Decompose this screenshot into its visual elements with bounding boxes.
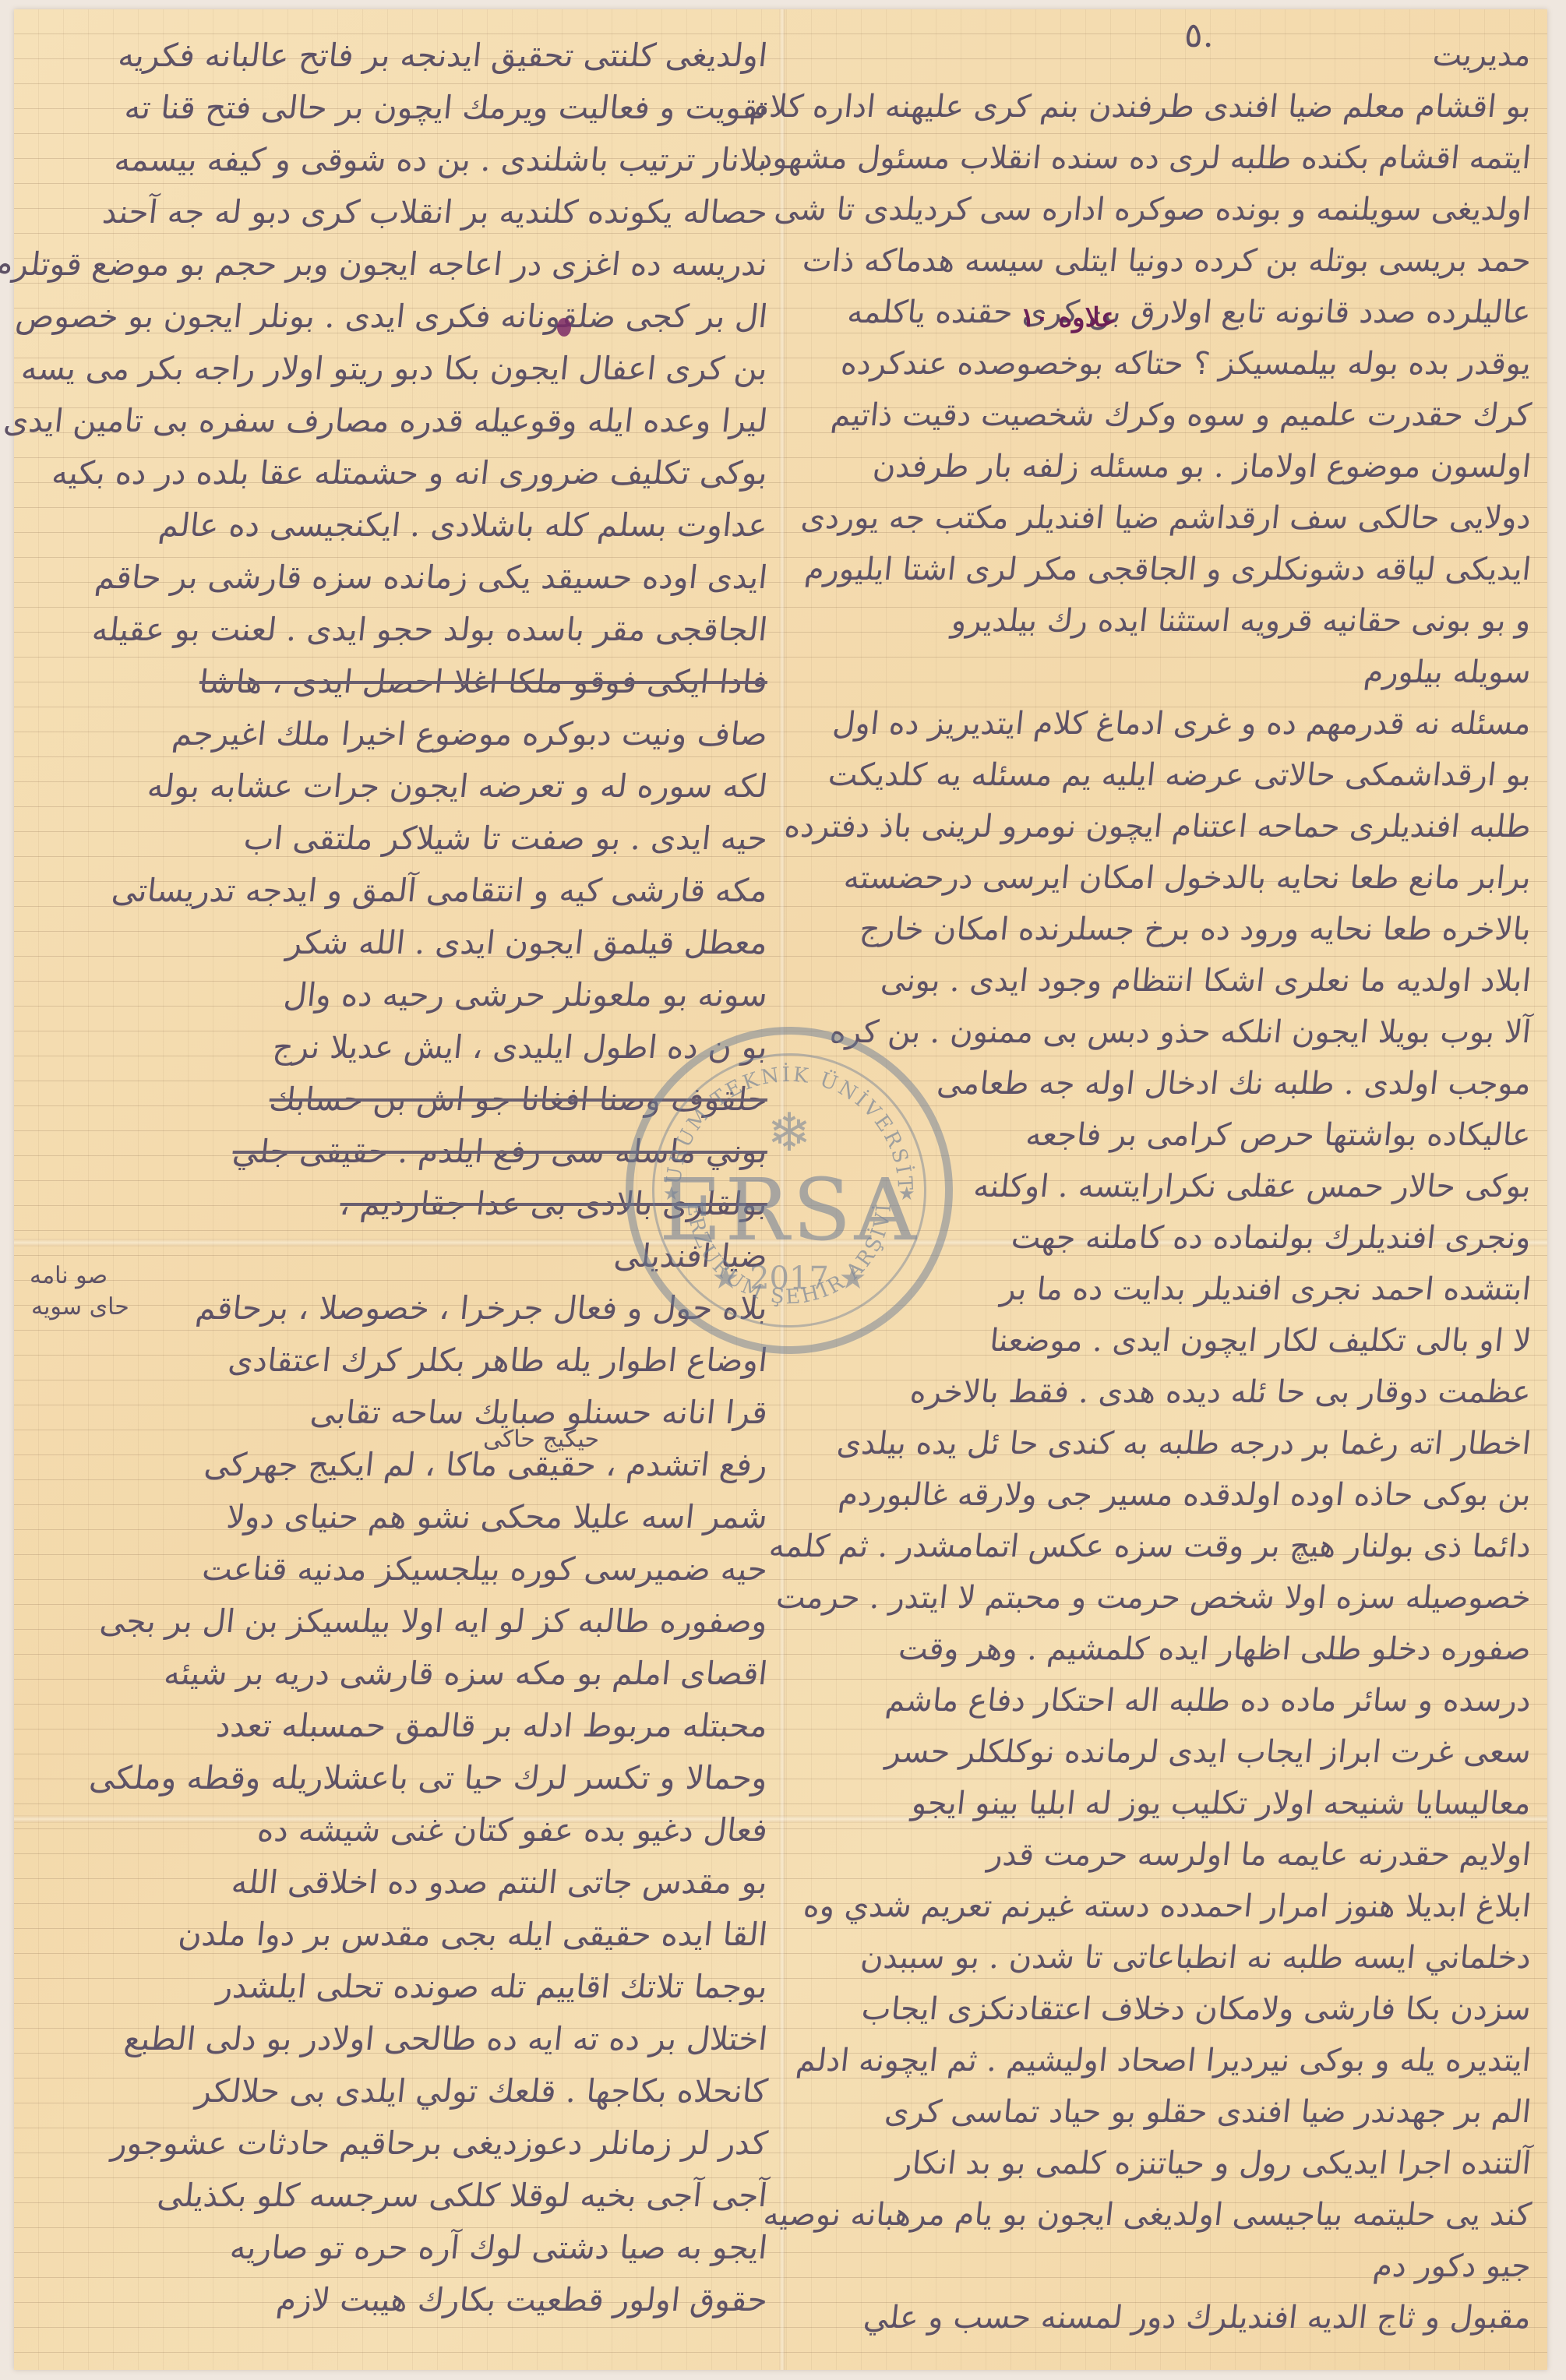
handwritten-line: مقبول و ثاج الديه افنديلرك دور لمسنه حسب… [800,2292,1534,2343]
handwritten-line: ايتديره يله و بوكى نيرديرا اصحاد اوليشيم… [800,2035,1534,2086]
handwritten-line: دخلماني ايسه طلبه نه انطباعاتى تا شدن . … [800,1932,1534,1983]
handwritten-line: اولديغى كلنتى تحقيق ايدنجه بر فاتح عالبا… [44,30,770,82]
handwritten-line: ابلاغ ابديلا هنوز امرار احمدده دسته غيرن… [800,1881,1534,1932]
handwritten-line: اخطار اته رغما بر درجه طلبه به كندى حا ئ… [800,1418,1534,1469]
handwritten-line: بن كرى اعفال ايجون بكا دبو ريتو اولار را… [44,343,770,395]
handwritten-line: الم بر جهدندر ضيا افندى حقلو بو حياد تما… [800,2086,1534,2138]
purple-ink-annotation: علاوه ١٠ [1021,302,1116,333]
handwritten-line: كانحلاه بكاجها . قلعك تولي ايلدى بى حلال… [44,2065,770,2117]
handwritten-line: حصاله يكونده كلنديه بر انقلاب كرى دبو له… [44,186,770,238]
handwritten-line: ايجو به صيا دشتى لوك آره حره تو صاريه [44,2222,770,2274]
handwritten-line: مديريت [800,30,1534,81]
handwritten-line: وصفوره طالبه كز لو ايه اولا بيلسيكز بن ا… [44,1595,770,1648]
handwritten-line: ايتمه اقشام بكنده طلبه لرى ده سنده انقلا… [800,132,1534,184]
handwritten-line: جيو دكور دم [800,2241,1534,2292]
archive-stamp: ERZURUM TEKNİK ÜNİVERSİTESİ ERZURUM ŞEHİ… [626,1027,953,1354]
handwritten-line: حيه ايدى . بو صفت تا شيلاكر ملتقى اب [44,813,770,865]
handwritten-line: اولسون موضوع اولاماز . بو مسئله زلفه بار… [800,441,1534,492]
handwritten-line: كدر لر زمانلر دعوزديغى برحاقيم حادثات عش… [44,2117,770,2170]
handwritten-line: بلانار ترتيب باشلندى . بن ده شوقى و كيفه… [44,134,770,186]
handwritten-line: سزدن بكا فارشى ولامكان دخلاف اعتقادنكزى … [800,1983,1534,2035]
handwritten-line: عداوت بسلم كله باشلادى . ايكنجيسى ده عال… [44,499,770,552]
handwritten-line: معطل قيلمق ايجون ايدى . الله شكر [44,917,770,969]
handwritten-line: بو مقدس جاتى النتم صدو ده اخلاقى الله [44,1856,770,1909]
handwritten-line: حمد بريسى بوتله بن كرده دونيا ايتلى سيسه… [800,235,1534,287]
handwritten-line: صاف ونيت دبوكره موضوع اخيرا ملك اغيرجم [44,708,770,760]
handwritten-line: اولديغى سويلنمه و بونده صوكره اداره سى ك… [800,184,1534,235]
handwritten-line: درسده و سائر ماده ده طلبه اله احتكار دفا… [800,1675,1534,1726]
handwritten-line: سونه بو ملعونلر حرشى رحيه ده وال [44,969,770,1021]
handwritten-line: بن بوكى حاذه اوده اولدقده مسير جى ولارقه… [800,1469,1534,1521]
margin-note: حيكيج حاكى [483,1426,599,1453]
handwritten-line: اختلال بر ده ته ايه ده طالحى اولادر بو د… [44,2013,770,2065]
handwritten-line: شمر اسه عليلا محكى نشو هم حنياى دولا [44,1491,770,1543]
handwritten-line: كند يى حليتمه بياجيسى اولديغى ايجون بو ي… [800,2189,1534,2241]
handwritten-line: دولايى حالكى سف ارقداشم ضيا افنديلر مكتب… [800,492,1534,544]
handwritten-line: حيه ضميرسى كوره بيلجسيكز مدنيه قناعت [44,1543,770,1595]
handwritten-line: كرك حقدرت علميم و سوه وكرك شخصيت دقيت ذا… [800,390,1534,441]
margin-note: حاى سويه [31,1293,129,1320]
handwritten-line: طلبه افنديلرى حماحه اعتنام ايچون نومرو ل… [800,801,1534,852]
stamp-center-text: ERSA [633,1167,945,1253]
ink-blot-icon [557,318,571,337]
handwritten-line: حقوق اولور قطعيت بكارك هيبت لازم [44,2274,770,2326]
handwritten-line: ابلاد اولديه ما نعلرى اشكا انتظام وجود ا… [800,955,1534,1007]
stamp-year-text: 2017 [749,1261,829,1296]
handwritten-line: فعال دغيو بده عفو كتان غنى شيشه ده [44,1804,770,1856]
handwritten-line: بو ارقداشمكى حالاتى عرضه ايليه يم مسئله … [800,749,1534,801]
handwritten-line: ال بر كجى ضلقونانه فكرى ايدى . بونلر ايج… [44,291,770,343]
handwritten-line: برابر مانع طعا نحايه بالدخول امكان ايرسى… [800,852,1534,904]
handwritten-line: قرا انانه حسنلو صبايك ساحه تقابى [44,1387,770,1439]
handwritten-line: آلتنده اجرا ايديكى رول و حياتنزه كلمى بو… [800,2138,1534,2189]
handwritten-line: القا ايده حقيقى ايله بجى مقدس بر دوا ملد… [44,1909,770,1961]
handwritten-line: عاليلرده صدد قانونه تابع اولارق بن كرى ح… [800,287,1534,338]
handwritten-line: صفوره دخلو طلى اظهار ايده كلمشيم . وهر و… [800,1624,1534,1675]
handwritten-line: وحمالا و تكسر لرك حيا تى باعشلاريله وقطه… [44,1752,770,1804]
handwritten-line: و بو بونى حقانيه قرويه استثنا ايده رك بي… [800,595,1534,647]
handwritten-line: اقصاى املم بو مكه سزه قارشى دريه بر شيئه [44,1648,770,1700]
handwritten-line: بوكى تكليف ضرورى انه و حشمتله عقا بلده د… [44,447,770,499]
handwritten-line: ايديكى لياقه دشونكلرى و الجاقجى مكر لرى … [800,544,1534,595]
snowflake-emblem-icon: ❄ [633,1106,945,1161]
handwritten-line: محبتله مربوط ادله بر قالمق حمسبله تعدد [44,1700,770,1752]
handwritten-line: يوقدر بده بوله بيلمسيكز ؟ حتاكه بوخصوصده… [800,338,1534,390]
handwritten-line: عظمت دوقار بى حا ئله ديده هدى . فقط بالا… [800,1366,1534,1418]
handwritten-line: بو اقشام معلم ضيا افندى طرفندن بنم كرى ع… [800,81,1534,132]
handwritten-line: ندريسه ده اغزى در اعاجه ايجون وبر حجم بو… [44,238,770,291]
handwritten-line: الجاقجى مقر باسده بولد حجو ايدى . لعنت ب… [44,604,770,656]
handwritten-line: معاليسايا شنيحه اولار تكليب يوز له ابليا… [800,1778,1534,1829]
handwritten-line: تقويت و فعاليت ويرمك ايچون بر حالى فتح ق… [44,82,770,134]
handwritten-line: بالاخره طعا نحايه ورود ده برخ جسلرنده ام… [800,904,1534,955]
handwritten-line: ليرا وعده ايله وقوعيله قدره مصارف سفره ب… [44,395,770,447]
handwritten-line: مسئله نه قدرمهم ده و غرى ادماغ كلام ايتد… [800,698,1534,749]
stamp-year: ★ 2017 ★ [633,1261,945,1296]
handwritten-line: سويله بيلورم [800,647,1534,698]
handwritten-line: دائما ذى بولنار هيچ بر وقت سزه عكس اتمام… [800,1521,1534,1572]
handwritten-line: آجى آجى بخيه لوقلا كلكى سرجسه كلو بكذيلى [44,2170,770,2222]
handwritten-line: ايدى اوده حسيقد يكى زمانده سزه قارشى بر … [44,552,770,604]
handwritten-line: خصوصيله سزه اولا شخص حرمت و محبتم لا ايت… [800,1572,1534,1624]
handwritten-line: فادا ايكى فوقو ملكا اغلا احصل ايدى ، هاش… [44,656,770,708]
handwritten-line: رفع اتشدم ، حقيقى ماكا ، لم ايكيج جهركى [44,1439,770,1491]
margin-note: صو نامه [30,1262,108,1289]
handwritten-line: لكه سوره له و تعرضه ايجون جرات عشابه بول… [44,760,770,813]
handwritten-line: بوجما تلاتك اقاييم تله صونده تحلى ايلشدر [44,1961,770,2013]
handwritten-line: مكه قارشى كيه و انتقامى آلمق و ايدجه تدر… [44,865,770,917]
handwritten-line: اولايم حقدرنه عايمه ما اولرسه حرمت قدر [800,1829,1534,1881]
handwritten-line: سعى غرت ابراز ايجاب ايدى لرمانده نوكلكلر… [800,1726,1534,1778]
